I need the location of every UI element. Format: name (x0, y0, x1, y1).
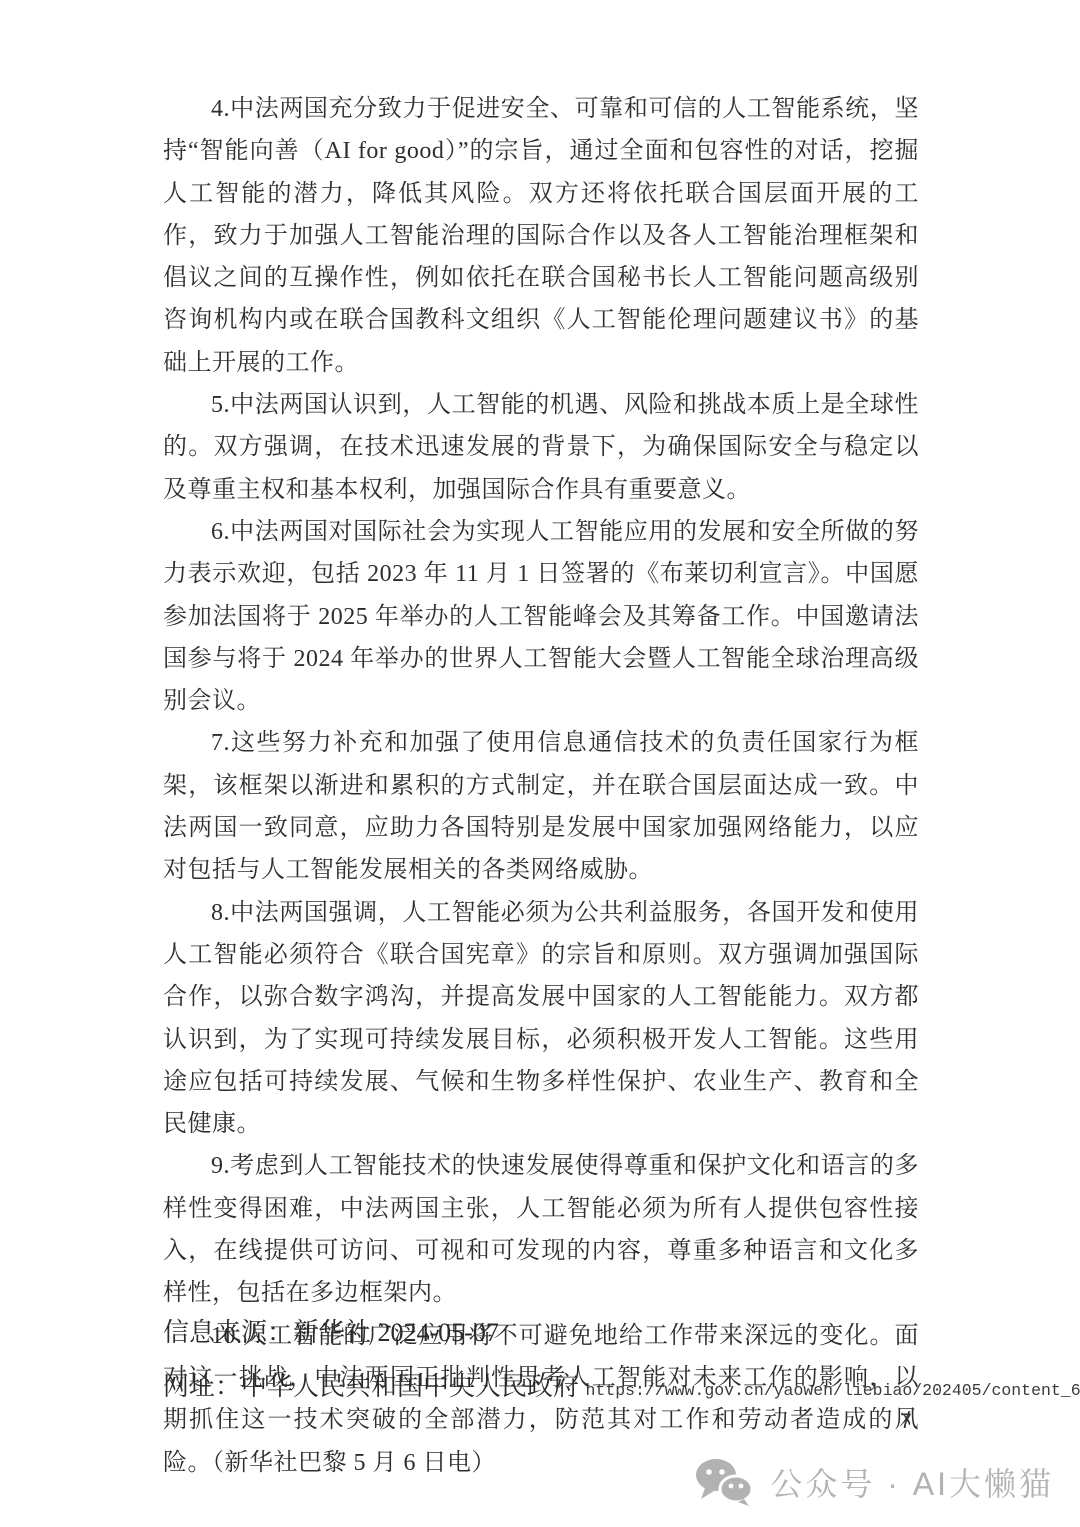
paragraph-5: 5.中法两国认识到，人工智能的机遇、风险和挑战本质上是全球性的。双方强调，在技术… (163, 384, 919, 511)
source-url-link[interactable]: https://www.gov.cn/yaowen/liebiao/202405… (586, 1381, 1080, 1400)
source-block: 信息来源：新华社 2024-05-07 网址：中华人民共和国中央人民政府 htt… (163, 1316, 963, 1428)
url-line: 网址：中华人民共和国中央人民政府 https://www.gov.cn/yaow… (163, 1370, 963, 1408)
paragraph-6: 6.中法两国对国际社会为实现人工智能应用的发展和安全所做的努力表示欢迎，包括 2… (163, 511, 919, 722)
site-label: 网址：中华人民共和国中央人民政府 (163, 1372, 586, 1401)
wechat-icon (694, 1458, 754, 1506)
source-line: 信息来源：新华社 2024-05-07 (163, 1316, 963, 1350)
paragraph-4: 4.中法两国充分致力于促进安全、可靠和可信的人工智能系统，坚持“智能向善（AI … (163, 88, 919, 384)
watermark: 公众号 · AI大懒猫 (694, 1458, 1054, 1506)
paragraph-8: 8.中法两国强调，人工智能必须为公共利益服务，各国开发和使用人工智能必须符合《联… (163, 892, 919, 1146)
watermark-label: 公众号 · AI大懒猫 (770, 1459, 1054, 1505)
document-body: 4.中法两国充分致力于促进安全、可靠和可信的人工智能系统，坚持“智能向善（AI … (163, 88, 919, 1484)
document-page: 4.中法两国充分致力于促进安全、可靠和可信的人工智能系统，坚持“智能向善（AI … (0, 0, 1080, 1527)
paragraph-9: 9.考虑到人工智能技术的快速发展使得尊重和保护文化和语言的多样性变得困难，中法两… (163, 1145, 919, 1314)
page-number: 7 (900, 1410, 912, 1434)
paragraph-7: 7.这些努力补充和加强了使用信息通信技术的负责任国家行为框架，该框架以渐进和累积… (163, 722, 919, 891)
